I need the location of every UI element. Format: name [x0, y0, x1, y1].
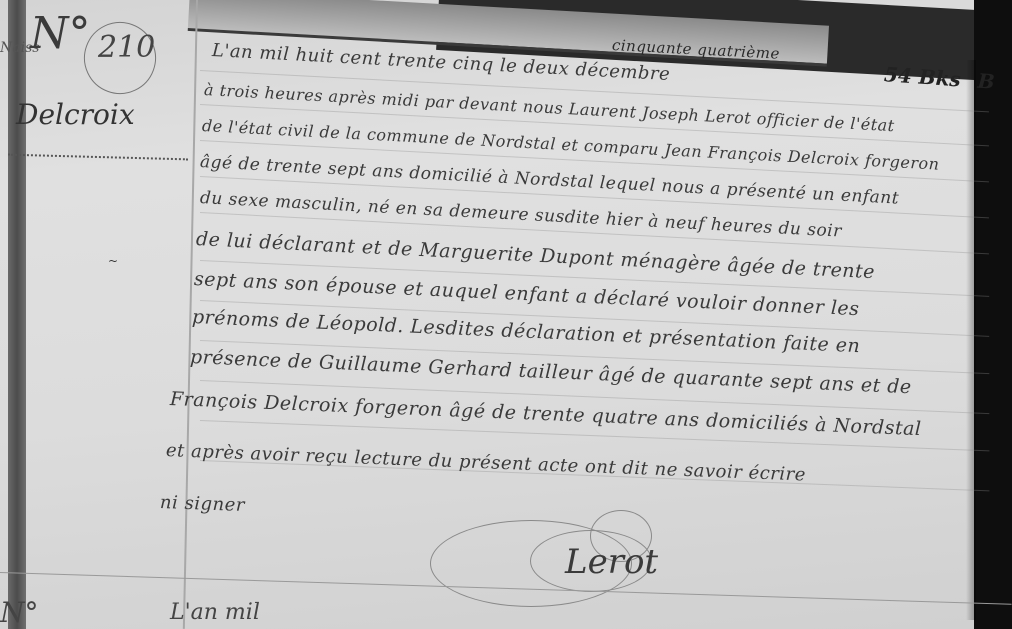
page-right-edge-shadow	[974, 0, 1012, 629]
book-binding	[8, 0, 26, 629]
margin-ink-mark: ~	[108, 254, 118, 268]
next-entry-label: N°	[0, 596, 39, 629]
margin-flourish-line	[8, 148, 188, 161]
initial-mark: B	[977, 69, 996, 94]
record-line-11: et après avoir reçu lecture du présent a…	[166, 440, 807, 486]
margin-entry-number: 210	[98, 30, 155, 65]
reference-text: 54 Bks	[883, 62, 961, 91]
margin-number-label: N°	[30, 8, 91, 59]
register-page: Naiss N° 210 Delcroix ~ cinquante quatri…	[0, 0, 1012, 629]
next-entry-text: L'an mil	[170, 600, 260, 625]
record-line-12: ni signer	[160, 492, 246, 516]
officer-signature: Lerot	[430, 510, 660, 610]
signature-text: Lerot	[565, 542, 658, 582]
margin-surname: Delcroix	[16, 98, 135, 131]
